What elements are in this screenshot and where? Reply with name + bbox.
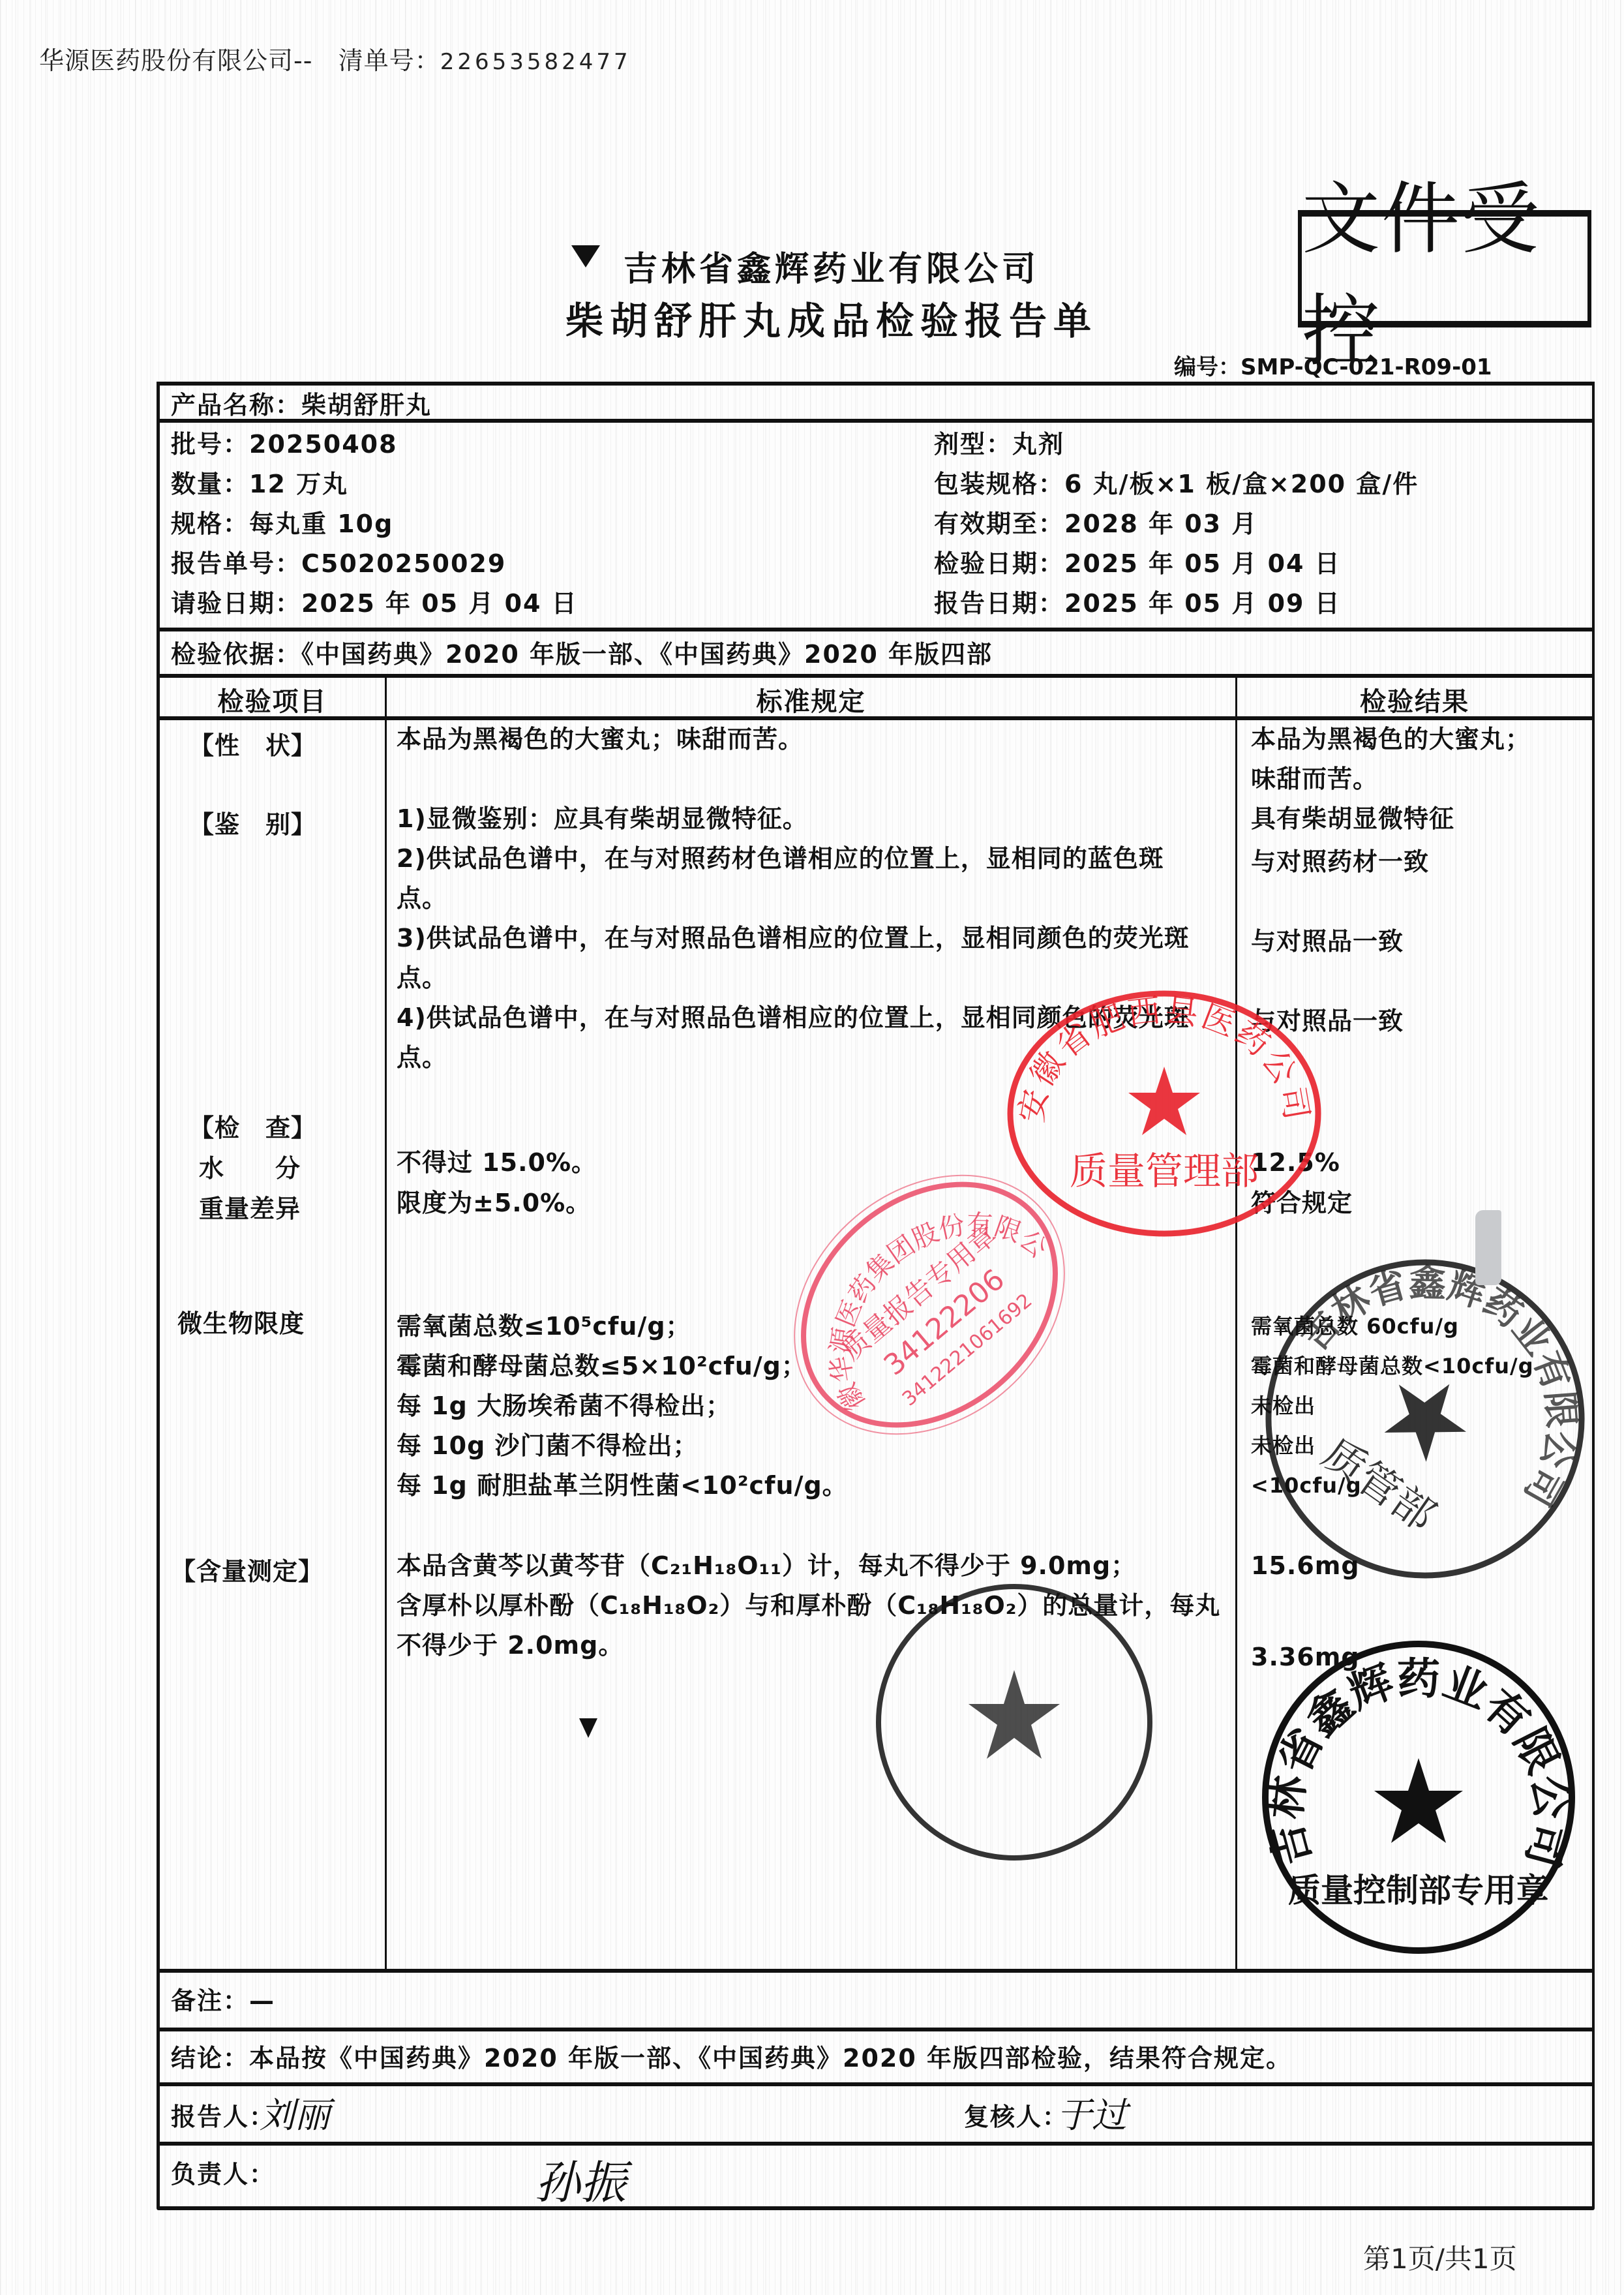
field-label: 报告日期： bbox=[934, 589, 1064, 618]
field-label: 有效期至： bbox=[934, 509, 1064, 538]
field-value: 2025 年 05 月 09 日 bbox=[1064, 589, 1341, 618]
star-icon bbox=[1372, 1361, 1483, 1471]
conclusion-value: 本品按《中国药典》2020 年版一部、《中国药典》2020 年版四部检验，结果符… bbox=[249, 2044, 1292, 2073]
doc-no-label: 编号： bbox=[1174, 354, 1241, 380]
quantity: 数量：12 万丸 bbox=[171, 464, 348, 500]
result-line: 本品为黑褐色的大蜜丸； bbox=[1251, 720, 1590, 759]
field-value: C5020250029 bbox=[301, 549, 506, 578]
item-moisture: 水 分 bbox=[199, 1148, 301, 1184]
stamp-inner-text: 质量控制部专用章 bbox=[1288, 1872, 1549, 1909]
rule bbox=[157, 2028, 1595, 2031]
field-label: 批号： bbox=[171, 430, 249, 459]
product-name-value: 柴胡舒肝丸 bbox=[301, 391, 432, 419]
standard-appearance: 本品为黑褐色的大蜜丸；味甜而苦。 bbox=[397, 720, 1225, 759]
product-name-label: 产品名称： bbox=[171, 391, 301, 419]
column-divider bbox=[385, 674, 387, 1971]
table-right-border bbox=[1592, 382, 1595, 2208]
star-icon bbox=[969, 1670, 1060, 1759]
report-number: 报告单号：C5020250029 bbox=[171, 543, 506, 579]
star-icon bbox=[1374, 1758, 1463, 1843]
field-label: 剂型： bbox=[934, 430, 1012, 459]
field-label: 规格： bbox=[171, 509, 249, 538]
expiry-date: 有效期至：2028 年 03 月 bbox=[934, 504, 1257, 540]
column-divider bbox=[1235, 674, 1237, 1971]
standard-line: 1)显微鉴别：应具有柴胡显微特征。 bbox=[397, 799, 1212, 839]
field-label: 检验日期： bbox=[934, 549, 1064, 578]
specification: 规格：每丸重 10g bbox=[171, 504, 393, 540]
responsible-signature: 孙振 bbox=[535, 2146, 626, 2212]
standard-weight-variation: 限度为±5.0%。 bbox=[397, 1183, 591, 1223]
print-header: 华源医药股份有限公司-- 清单号：22653582477 bbox=[39, 40, 631, 76]
conclusion-label: 结论： bbox=[171, 2044, 249, 2073]
item-identification: 【鉴 别】 bbox=[189, 804, 316, 840]
conclusion: 结论：本品按《中国药典》2020 年版一部、《中国药典》2020 年版四部检验，… bbox=[171, 2038, 1292, 2074]
standard-line: 每 1g 耐胆盐革兰阴性菌<10²cfu/g。 bbox=[397, 1466, 1225, 1506]
item-microbial-limit: 微生物限度 bbox=[177, 1303, 305, 1339]
column-header-standard: 标准规定 bbox=[387, 681, 1235, 718]
list-number: 22653582477 bbox=[440, 49, 631, 75]
package-spec: 包装规格：6 丸/板×1 板/盒×200 盒/件 bbox=[934, 464, 1419, 500]
paper-damage-mark bbox=[1475, 1210, 1501, 1285]
list-label: 清单号： bbox=[338, 46, 440, 75]
field-label: 包装规格： bbox=[934, 470, 1064, 498]
result-identification-2: 与对照药材一致 bbox=[1251, 842, 1590, 882]
black-quality-control-stamp: 吉林省鑫辉药业有限公司 质量控制部专用章 bbox=[1256, 1634, 1582, 1960]
request-date: 请验日期：2025 年 05 月 04 日 bbox=[171, 583, 578, 619]
standard-line: 每 10g 沙门菌不得检出； bbox=[397, 1426, 1225, 1466]
reviewer-signature: 于过 bbox=[1057, 2088, 1127, 2138]
standard-line: 3)供试品色谱中，在与对照品色谱相应的位置上，显相同颜色的荧光斑点。 bbox=[397, 919, 1212, 998]
field-value: 2028 年 03 月 bbox=[1064, 509, 1257, 538]
field-value: 20250408 bbox=[249, 430, 398, 459]
standard-moisture: 不得过 15.0%。 bbox=[397, 1143, 597, 1183]
field-value: 6 丸/板×1 板/盒×200 盒/件 bbox=[1064, 470, 1419, 498]
rule bbox=[157, 628, 1595, 631]
table-left-border bbox=[157, 382, 160, 2208]
page-indicator: 第1页/共1页 bbox=[1363, 2238, 1517, 2277]
document-number: 编号：SMP-QC-021-R09-01 bbox=[1174, 349, 1492, 381]
remark-value: — bbox=[249, 1986, 275, 2015]
item-appearance: 【性 状】 bbox=[189, 725, 316, 761]
print-company: 华源医药股份有限公司-- bbox=[39, 46, 312, 75]
basis-value: 《中国药典》2020 年版一部、《中国药典》2020 年版四部 bbox=[301, 640, 993, 669]
report-date: 报告日期：2025 年 05 月 09 日 bbox=[934, 583, 1341, 619]
field-value: 每丸重 10g bbox=[249, 509, 393, 538]
field-label: 请验日期： bbox=[171, 589, 301, 618]
rule bbox=[157, 2142, 1595, 2146]
field-label: 报告单号： bbox=[171, 549, 301, 578]
punch-mark-icon bbox=[579, 1718, 597, 1738]
field-value: 2025 年 05 月 04 日 bbox=[301, 589, 578, 618]
rule bbox=[157, 1969, 1595, 1973]
controlled-document-stamp: 文件受控 bbox=[1298, 210, 1591, 327]
field-label: 数量： bbox=[171, 470, 249, 498]
remark: 备注：— bbox=[171, 1981, 275, 2016]
basis-label: 检验依据： bbox=[171, 640, 301, 669]
rule bbox=[157, 674, 1595, 678]
star-icon bbox=[1128, 1067, 1200, 1135]
product-name: 产品名称：柴胡舒肝丸 bbox=[171, 385, 432, 421]
item-weight-variation: 重量差异 bbox=[199, 1189, 301, 1224]
result-line: 味甜而苦。 bbox=[1251, 759, 1590, 799]
column-header-result: 检验结果 bbox=[1237, 681, 1592, 718]
rule bbox=[157, 2206, 1595, 2210]
faded-black-stamp bbox=[871, 1579, 1158, 1866]
batch-number: 批号：20250408 bbox=[171, 424, 398, 460]
stamp-inner-text: 质量管理部 bbox=[1070, 1149, 1259, 1193]
item-inspection: 【检 查】 bbox=[189, 1108, 316, 1144]
result-identification-1: 具有柴胡显微特征 bbox=[1251, 799, 1590, 839]
result-identification-3: 与对照品一致 bbox=[1251, 922, 1590, 962]
remark-label: 备注： bbox=[171, 1986, 249, 2015]
reporter-signature: 刘丽 bbox=[260, 2088, 330, 2138]
inspection-basis: 检验依据：《中国药典》2020 年版一部、《中国药典》2020 年版四部 bbox=[171, 634, 993, 670]
standard-line: 2)供试品色谱中，在与对照药材色谱相应的位置上，显相同的蓝色斑点。 bbox=[397, 839, 1212, 919]
dosage-form: 剂型：丸剂 bbox=[934, 424, 1064, 460]
red-quality-management-stamp: 安徽省肥西县医药公司 质量管理部 bbox=[1004, 988, 1324, 1239]
column-header-item: 检验项目 bbox=[160, 681, 385, 718]
reviewer-label: 复核人： bbox=[964, 2097, 1068, 2133]
doc-no-value: SMP-QC-021-R09-01 bbox=[1241, 354, 1492, 380]
rule bbox=[157, 2082, 1595, 2086]
result-appearance: 本品为黑褐色的大蜜丸； 味甜而苦。 bbox=[1251, 720, 1590, 799]
field-value: 12 万丸 bbox=[249, 470, 348, 498]
inspection-date: 检验日期：2025 年 05 月 04 日 bbox=[934, 543, 1341, 579]
responsible-label: 负责人： bbox=[171, 2154, 275, 2190]
field-value: 丸剂 bbox=[1012, 430, 1064, 459]
item-assay: 【含量测定】 bbox=[171, 1551, 323, 1587]
field-value: 2025 年 05 月 04 日 bbox=[1064, 549, 1341, 578]
